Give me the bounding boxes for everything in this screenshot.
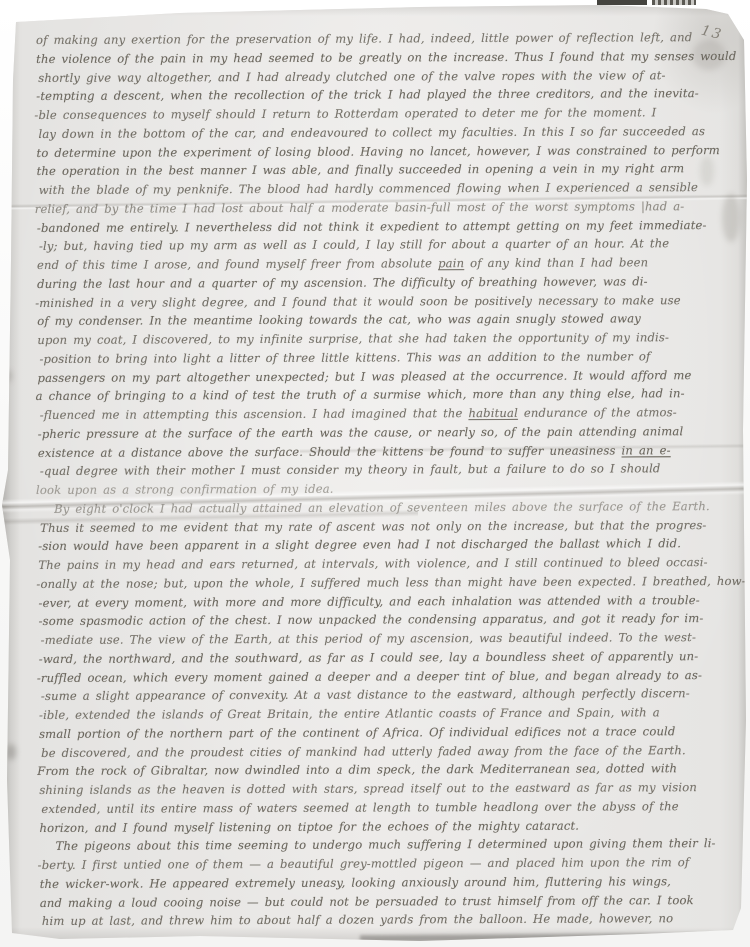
manuscript-line: -position to bring into light a litter o… <box>39 347 737 369</box>
manuscript-line: -minished in a very slight degree, and I… <box>35 290 737 312</box>
manuscript-line: him up at last, and threw him to about h… <box>42 909 740 931</box>
paper-bottom-dark-band <box>360 933 712 942</box>
manuscript-line: Thus it seemed to me evident that my rat… <box>40 515 738 537</box>
paper-stain <box>6 744 16 760</box>
manuscript-line: end of this time I arose, and found myse… <box>37 253 737 275</box>
manuscript-paper: 13 of making any exertion for the preser… <box>0 0 750 947</box>
manuscript-line: the wicker-work. He appeared extremely u… <box>40 872 740 894</box>
manuscript-line: be discovered, and the proudest cities o… <box>41 740 739 762</box>
manuscript-line: -onally at the nose; but, upon the whole… <box>36 572 738 594</box>
manuscript-line: -mediate use. The view of the Earth, at … <box>41 628 739 650</box>
manuscript-line: -ward, the northward, and the southward,… <box>39 647 739 669</box>
paper-right-edge-shadow <box>738 0 750 947</box>
manuscript-line: relief, and by the time I had lost about… <box>35 197 737 219</box>
paper-left-edge-shadow <box>0 0 20 947</box>
manuscript-line: -fluenced me in attempting this ascensio… <box>40 403 738 425</box>
paper-stain <box>4 370 12 382</box>
manuscript-line: extended, until its entire mass of water… <box>41 797 739 819</box>
manuscript-line: shortly give way altogether, and I had a… <box>38 65 736 87</box>
scan-edge-mark-striped <box>652 0 696 5</box>
manuscript-line: -pheric pressure at the surface of the e… <box>38 422 738 444</box>
scanned-page: 13 of making any exertion for the preser… <box>0 0 750 947</box>
manuscript-line: lay down in the bottom of the car, and e… <box>38 122 736 144</box>
scan-edge-mark-solid <box>597 0 647 5</box>
manuscript-line: -berty. I first untied one of them — a b… <box>38 853 740 875</box>
manuscript-line: -ible, extended the islands of Great Bri… <box>39 703 739 725</box>
manuscript-text: of making any exertion for the preservat… <box>36 28 740 931</box>
manuscript-line: of making any exertion for the preservat… <box>36 28 736 50</box>
